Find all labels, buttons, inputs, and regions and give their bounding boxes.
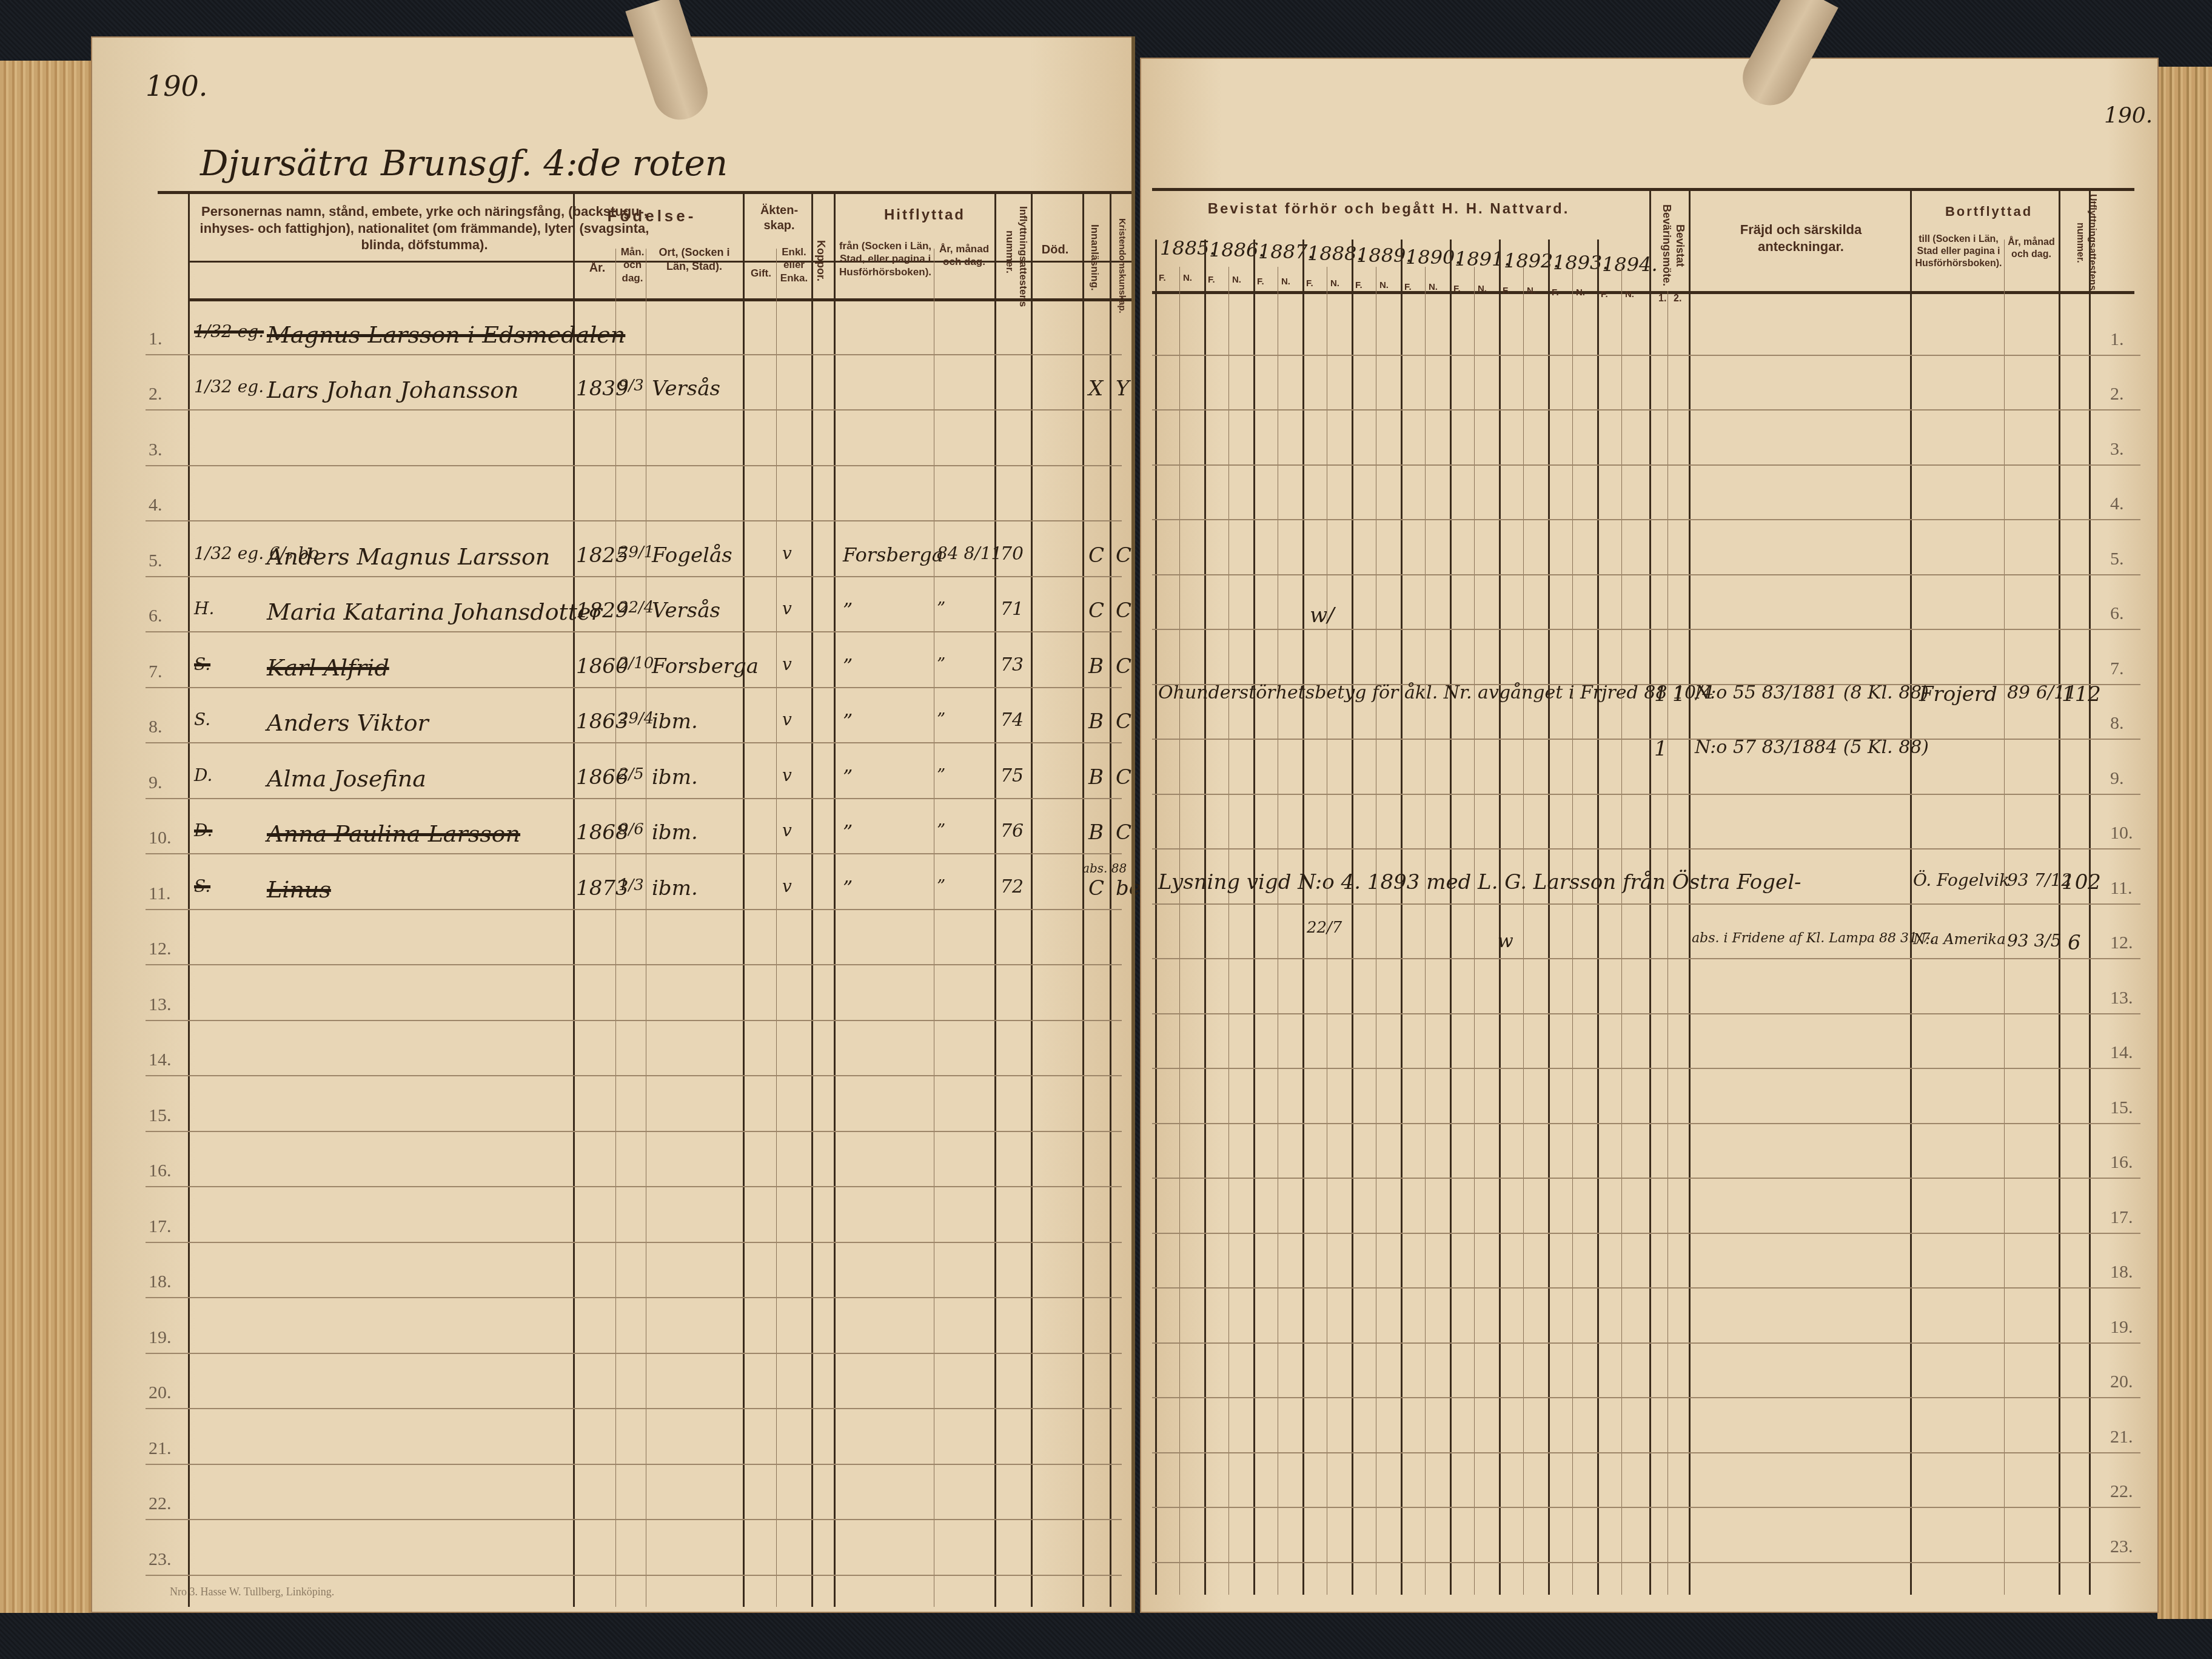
- row-rule: [146, 409, 1122, 411]
- row-number: 17.: [2110, 1207, 2133, 1228]
- row-number: 7.: [2110, 659, 2124, 679]
- col-line: [1110, 194, 1111, 1607]
- row-rule: [1152, 1562, 2140, 1563]
- row-number: 23.: [149, 1549, 172, 1570]
- cell-attest: 74: [1000, 709, 1024, 731]
- col-line: [743, 194, 745, 1607]
- row-number: 3.: [2110, 439, 2124, 460]
- col-line: [1253, 240, 1255, 1595]
- row-rule: [146, 576, 1122, 577]
- cell-from: ”: [843, 654, 853, 677]
- col-line: [2059, 188, 2060, 1595]
- year-header: 1891.: [1455, 247, 1510, 270]
- cell-name: Alma Josefina: [267, 765, 426, 792]
- cell-date: 9/6: [618, 820, 644, 839]
- row-number: 9.: [2110, 768, 2124, 789]
- cell-inn: B: [1088, 654, 1104, 679]
- fn-header: F.: [1257, 276, 1264, 288]
- row-number: 10.: [149, 828, 172, 848]
- cell-krist: C: [1116, 820, 1131, 845]
- row-rule: [1152, 958, 2140, 959]
- header-bortflyttad: Bortflyttad: [1913, 203, 2065, 220]
- row-rule: [1152, 848, 2140, 850]
- year-header: 1892.: [1504, 249, 1560, 272]
- col-line: [1376, 267, 1376, 1595]
- fn-header: F.: [1404, 282, 1412, 293]
- fn-header: N.: [1183, 273, 1192, 284]
- page-number-right: 190.: [2104, 103, 2153, 128]
- row-rule: [1152, 1507, 2140, 1508]
- row-rule: [1152, 1287, 2140, 1289]
- header-innanlasning: Innanläsning.: [1088, 218, 1101, 297]
- row-rule: [146, 465, 1122, 466]
- col-line: [994, 194, 996, 1607]
- cell-krist: C: [1116, 598, 1131, 623]
- page-stack-right: [2157, 67, 2212, 1619]
- header-bottom-rule: [188, 298, 1134, 301]
- col-line: [1450, 240, 1452, 1595]
- cell-from-date: ”: [937, 765, 945, 785]
- fn-header: N.: [1625, 289, 1634, 301]
- cell-from: ”: [843, 820, 853, 843]
- cell-gift: v: [782, 820, 792, 840]
- row-rule: [1152, 355, 2140, 356]
- col-line: [2004, 240, 2005, 1595]
- cell-inn: C: [1088, 543, 1104, 568]
- col-line: [1597, 240, 1599, 1595]
- row-number: 22.: [2110, 1481, 2133, 1502]
- cell-gift: v: [782, 598, 792, 618]
- cell-place: ibm.: [652, 765, 698, 789]
- cell-from-date: ”: [937, 709, 945, 729]
- bev2-row7: 1: [1672, 682, 1686, 706]
- row-number: 8.: [149, 717, 163, 737]
- fn-header: F.: [1208, 275, 1215, 286]
- header-bevaring: Bevistat Beväringsmöte.: [1660, 197, 1687, 294]
- row-number: 23.: [2110, 1537, 2133, 1557]
- row-number: 17.: [149, 1216, 172, 1237]
- cell-inn: B: [1088, 709, 1104, 734]
- row-rule: [146, 687, 1122, 688]
- header-kristendom: Kristendomskunskap.: [1116, 218, 1127, 297]
- fn-header: F.: [1453, 284, 1461, 295]
- cell-attest: 75: [1000, 765, 1024, 786]
- row-rule: [146, 909, 1122, 910]
- row-number: 20.: [2110, 1372, 2133, 1392]
- row-rule: [146, 1575, 1122, 1576]
- col-line: [1667, 291, 1668, 1595]
- year-header: 1890.: [1406, 246, 1461, 269]
- cell-note: abs. 88: [1082, 861, 1127, 876]
- cell-date: 29/1: [618, 543, 654, 561]
- row-number: 11.: [2110, 878, 2132, 899]
- bevaring-sub-1: 1.: [1658, 293, 1666, 305]
- row-rule: [1152, 1013, 2140, 1014]
- annotation-row11-mark: w: [1498, 931, 1513, 952]
- row-number: 13.: [2110, 988, 2133, 1008]
- annotation-row6: w/: [1310, 603, 1335, 628]
- header-ar-manad-dag: År, månad och dag.: [2007, 236, 2056, 261]
- frajd-row11: abs. i Fridene af Kl. Lampa 88 31/7.: [1692, 931, 1934, 946]
- row-rule: [1152, 629, 2140, 630]
- col-line: [1228, 267, 1229, 1595]
- row-rule: [146, 1297, 1122, 1298]
- row-number: 3.: [149, 440, 163, 460]
- row-rule: [1152, 409, 2140, 411]
- row-rule: [1152, 574, 2140, 575]
- cell-prefix: D.: [194, 820, 212, 840]
- cell-from-date: ”: [937, 876, 945, 896]
- col-line: [615, 249, 616, 1607]
- cell-prefix: 1/32 eg.: [194, 321, 264, 341]
- fn-header: N.: [1232, 275, 1241, 286]
- cell-attest: 71: [1000, 598, 1024, 620]
- cell-from-date: ”: [937, 654, 945, 674]
- row-rule: [1152, 1397, 2140, 1398]
- cell-from: ”: [843, 876, 853, 899]
- row-number: 6.: [2110, 603, 2124, 624]
- row-rule: [1152, 464, 2140, 466]
- header-fodelse: Födelse-: [576, 206, 728, 226]
- header-utflyttning: Utflyttningsattestens nummer.: [2074, 194, 2098, 291]
- heading-rule: [158, 191, 1134, 194]
- row-rule: [146, 631, 1122, 632]
- row-rule: [146, 798, 1122, 799]
- cell-gift: v: [782, 654, 792, 674]
- col-line: [1401, 240, 1403, 1595]
- row-rule: [1152, 1452, 2140, 1453]
- cell-place: ibm.: [652, 709, 698, 734]
- col-line: [1302, 240, 1304, 1595]
- fn-header: F.: [1159, 273, 1166, 284]
- cell-place: Versås: [652, 598, 720, 623]
- row-number: 22.: [149, 1493, 172, 1514]
- col-line: [934, 249, 934, 1607]
- fn-header: N.: [1379, 280, 1389, 292]
- row-rule: [146, 964, 1122, 965]
- cell-name: Anders Viktor: [267, 709, 429, 736]
- row-number: 12.: [149, 939, 172, 959]
- header-bottom-rule: [1152, 291, 2134, 294]
- cell-from: Forsberga: [843, 543, 943, 566]
- fn-header: N.: [1281, 276, 1290, 288]
- cell-from: ”: [843, 765, 853, 788]
- cell-inn: X: [1088, 377, 1103, 401]
- col-line: [573, 194, 575, 1607]
- annotation-row10-text: Lysning vigd N:o 4. 1893 med L. G. Larss…: [1158, 870, 1801, 894]
- row-number: 18.: [149, 1272, 172, 1292]
- cell-place: Forsberga: [652, 654, 759, 679]
- cell-attest: 76: [1000, 820, 1024, 842]
- row-rule: [146, 1186, 1122, 1187]
- col-line: [1204, 240, 1206, 1595]
- row-number: 5.: [149, 551, 163, 571]
- row-rule: [146, 1131, 1122, 1132]
- cell-gift: v: [782, 543, 792, 563]
- row-number: 19.: [149, 1327, 172, 1348]
- annotation-row7-text: Ohunderstörhetsbetyg för åkl. Nr. avgång…: [1158, 682, 1714, 703]
- cell-name: Anders Magnus Larsson: [267, 543, 550, 570]
- row-number: 19.: [2110, 1317, 2133, 1338]
- register-heading: Djursätra Brunsgf. 4:de roten: [200, 142, 728, 184]
- fn-header: N.: [1576, 287, 1585, 299]
- col-line: [811, 194, 813, 1607]
- printer-footer: Nro 3. Hasse W. Tullberg, Linköping.: [170, 1586, 334, 1598]
- row-number: 5.: [2110, 549, 2124, 569]
- row-rule: [146, 853, 1122, 854]
- col-line: [1082, 194, 1084, 1607]
- col-line: [1179, 267, 1180, 1595]
- header-inflyttning: Inflyttningsattestens nummer.: [1004, 206, 1030, 297]
- cell-krist: C: [1116, 709, 1131, 734]
- row-rule: [1152, 1068, 2140, 1069]
- row-number: 18.: [2110, 1262, 2133, 1282]
- year-header: 1889.: [1356, 244, 1412, 267]
- cell-inn: C: [1088, 598, 1104, 623]
- cell-place: Versås: [652, 377, 720, 401]
- row-number: 14.: [2110, 1042, 2133, 1063]
- cell-prefix: S.: [194, 876, 210, 896]
- row-rule: [146, 1353, 1122, 1354]
- cell-prefix: S.: [194, 654, 210, 674]
- row-rule: [146, 1242, 1122, 1243]
- frajd-row7: N:o 55 83/1881 (8 Kl. 88): [1695, 682, 1929, 703]
- header-man-dag: Mån. och dag.: [617, 246, 648, 284]
- header-fran: från (Socken i Län, Stad, eller pagina i…: [837, 240, 934, 278]
- fn-header: F.: [1601, 289, 1608, 301]
- cell-krist: C: [1116, 654, 1131, 679]
- header-till: till (Socken i Län, Stad eller pagina i …: [1913, 233, 2004, 270]
- row-number: 21.: [2110, 1427, 2133, 1447]
- row-rule: [1152, 903, 2140, 905]
- cell-gift: v: [782, 765, 792, 785]
- cell-place: Fogelås: [652, 543, 732, 568]
- attest-row10: 102: [2062, 870, 2101, 894]
- year-header: 1886.: [1209, 238, 1265, 261]
- row-rule: [1152, 794, 2140, 795]
- fn-header: N.: [1330, 278, 1339, 290]
- header-aktenskap: Äkten-skap.: [746, 203, 813, 233]
- col-line: [1278, 267, 1278, 1595]
- row-rule: [146, 354, 1122, 355]
- fn-header: F.: [1355, 280, 1362, 292]
- row-rule: [1152, 519, 2140, 520]
- fn-header: F.: [1552, 287, 1559, 299]
- attest-row7: 112: [2062, 682, 2101, 706]
- row-rule: [146, 1519, 1122, 1520]
- row-number: 4.: [149, 495, 163, 515]
- row-number: 7.: [149, 662, 163, 682]
- row-number: 13.: [149, 994, 172, 1015]
- header-gift: Gift.: [746, 267, 776, 280]
- cell-inn: B: [1088, 820, 1104, 845]
- row-rule: [1152, 1233, 2140, 1234]
- header-ar: År.: [576, 261, 618, 276]
- header-frajd: Fräjd och särskilda anteckningar.: [1698, 221, 1904, 255]
- cell-date: 2/10: [618, 654, 654, 672]
- col-line: [646, 249, 646, 1607]
- col-line: [1910, 188, 1912, 1595]
- row-number: 14.: [149, 1050, 172, 1070]
- row-number: 6.: [149, 606, 163, 626]
- row-number: 9.: [149, 773, 163, 793]
- till-row7: Frojerd: [1919, 682, 1997, 706]
- col-line: [1155, 240, 1157, 1595]
- fn-header: F.: [1503, 286, 1510, 297]
- cell-name: Lars Johan Johansson: [267, 377, 519, 403]
- col-line: [1425, 267, 1426, 1595]
- cell-date: 2/5: [618, 765, 644, 783]
- cell-name: Maria Katarina Johansdotter: [267, 598, 602, 625]
- header-top-rule: [1152, 188, 2134, 191]
- bevaring-sub-2: 2.: [1674, 293, 1681, 305]
- row-number: 4.: [2110, 494, 2124, 514]
- col-line: [1352, 240, 1353, 1595]
- header-ort: Ort, (Socken i Län, Stad).: [649, 246, 740, 273]
- fn-header: N.: [1527, 286, 1536, 297]
- row-rule: [146, 1408, 1122, 1409]
- row-number: 1.: [149, 329, 163, 349]
- bev1-row8: 1: [1654, 737, 1667, 761]
- date-row11: 93 3/5: [2007, 931, 2062, 951]
- cell-gift: v: [782, 876, 792, 896]
- cell-prefix: H.: [194, 598, 214, 618]
- row-number: 10.: [2110, 823, 2133, 843]
- cell-name: Karl Alfrid: [267, 654, 389, 681]
- col-line: [1523, 267, 1524, 1595]
- till-row10: Ö. Fogelvik: [1913, 870, 2009, 890]
- annotation-row11-date: 22/7: [1307, 919, 1342, 937]
- row-number: 15.: [149, 1105, 172, 1126]
- cell-from-date: 84 8/11: [937, 543, 1002, 563]
- header-bevistat: Bevistat förhör och begått H. H. Nattvar…: [1158, 200, 1619, 218]
- row-number: 15.: [2110, 1098, 2133, 1118]
- row-rule: [146, 1075, 1122, 1076]
- header-hitflyttad: Hitflyttad: [837, 206, 1013, 224]
- row-rule: [1152, 1123, 2140, 1124]
- cell-from: ”: [843, 709, 853, 732]
- col-line: [1548, 240, 1550, 1595]
- cell-date: 9/3: [618, 377, 644, 395]
- col-line: [776, 249, 777, 1607]
- row-number: 2.: [2110, 384, 2124, 404]
- col-line: [1031, 194, 1033, 1607]
- cell-attest: 72: [1000, 876, 1024, 897]
- col-line: [1474, 267, 1475, 1595]
- row-number: 11.: [149, 883, 170, 904]
- header-enkl: Enkl. eller Enka.: [777, 246, 811, 284]
- col-line: [1621, 267, 1622, 1595]
- cell-inn: C: [1088, 876, 1104, 900]
- cell-attest: 73: [1000, 654, 1024, 675]
- cell-krist: C: [1116, 543, 1131, 568]
- row-number: 16.: [149, 1161, 172, 1181]
- row-rule: [146, 520, 1122, 521]
- cell-date: 29/4: [618, 709, 654, 728]
- fn-header: N.: [1429, 282, 1438, 293]
- cell-prefix: S.: [194, 709, 210, 729]
- row-number: 20.: [149, 1382, 172, 1403]
- cell-prefix: 1/32 eg.: [194, 377, 264, 397]
- cell-name: Magnus Larsson i Edsmedalen: [267, 321, 625, 348]
- cell-name: Anna Paulina Larsson: [267, 820, 520, 847]
- cell-attest: 70: [1000, 543, 1024, 565]
- row-rule: [1152, 739, 2140, 740]
- row-number: 21.: [149, 1438, 172, 1459]
- left-page: 190. Djursätra Brunsgf. 4:de roten Perso…: [91, 36, 1134, 1613]
- row-number: 12.: [2110, 933, 2133, 953]
- frajd-row8: N:o 57 83/1884 (5 Kl. 88): [1695, 737, 1929, 758]
- fn-header: N.: [1478, 284, 1487, 295]
- col-line: [188, 194, 190, 1607]
- cell-prefix: D.: [194, 765, 212, 785]
- cell-from-date: ”: [937, 820, 945, 840]
- row-number: 1.: [2110, 329, 2124, 350]
- year-header: 1887.: [1258, 240, 1314, 263]
- header-ar-manad-dag: År, månad och dag.: [937, 243, 991, 269]
- col-line: [1572, 267, 1573, 1595]
- cell-date: 1/3: [618, 876, 644, 894]
- row-rule: [146, 1464, 1122, 1465]
- cell-from: ”: [843, 598, 853, 622]
- page-stack-left: [0, 61, 91, 1613]
- col-line: [1499, 240, 1501, 1595]
- col-line: [834, 194, 836, 1607]
- fn-header: F.: [1306, 278, 1313, 290]
- cell-inn: B: [1088, 765, 1104, 789]
- cell-place: ibm.: [652, 876, 698, 900]
- book-spine: [1131, 36, 1135, 1613]
- header-dod: Död.: [1034, 243, 1076, 258]
- row-number: 16.: [2110, 1152, 2133, 1173]
- row-rule: [1152, 1178, 2140, 1179]
- row-rule: [146, 742, 1122, 743]
- till-row11: N:a Amerika: [1913, 931, 2005, 948]
- cell-krist: Y: [1116, 377, 1129, 401]
- row-number: 8.: [2110, 713, 2124, 734]
- year-header: 1888.: [1307, 242, 1363, 265]
- year-header: 1893.: [1553, 251, 1609, 274]
- page-number: 190.: [146, 70, 207, 102]
- cell-krist: C: [1116, 765, 1131, 789]
- attest-row11: 6: [2068, 931, 2081, 955]
- cell-date: 22/4: [618, 598, 654, 617]
- cell-name: Linus: [267, 876, 331, 903]
- cell-krist: be: [1116, 876, 1141, 900]
- row-rule: [146, 1020, 1122, 1021]
- row-rule: [1152, 1342, 2140, 1344]
- right-page: 190. Bevistat förhör och begått H. H. Na…: [1140, 58, 2159, 1613]
- cell-from-date: ”: [937, 598, 945, 618]
- row-number: 2.: [149, 384, 163, 404]
- cell-place: ibm.: [652, 820, 698, 845]
- bev1-row7: 1: [1654, 682, 1667, 706]
- year-header: 1885.: [1160, 236, 1216, 260]
- header-koppor: Koppor.: [814, 224, 828, 297]
- cell-gift: v: [782, 709, 792, 729]
